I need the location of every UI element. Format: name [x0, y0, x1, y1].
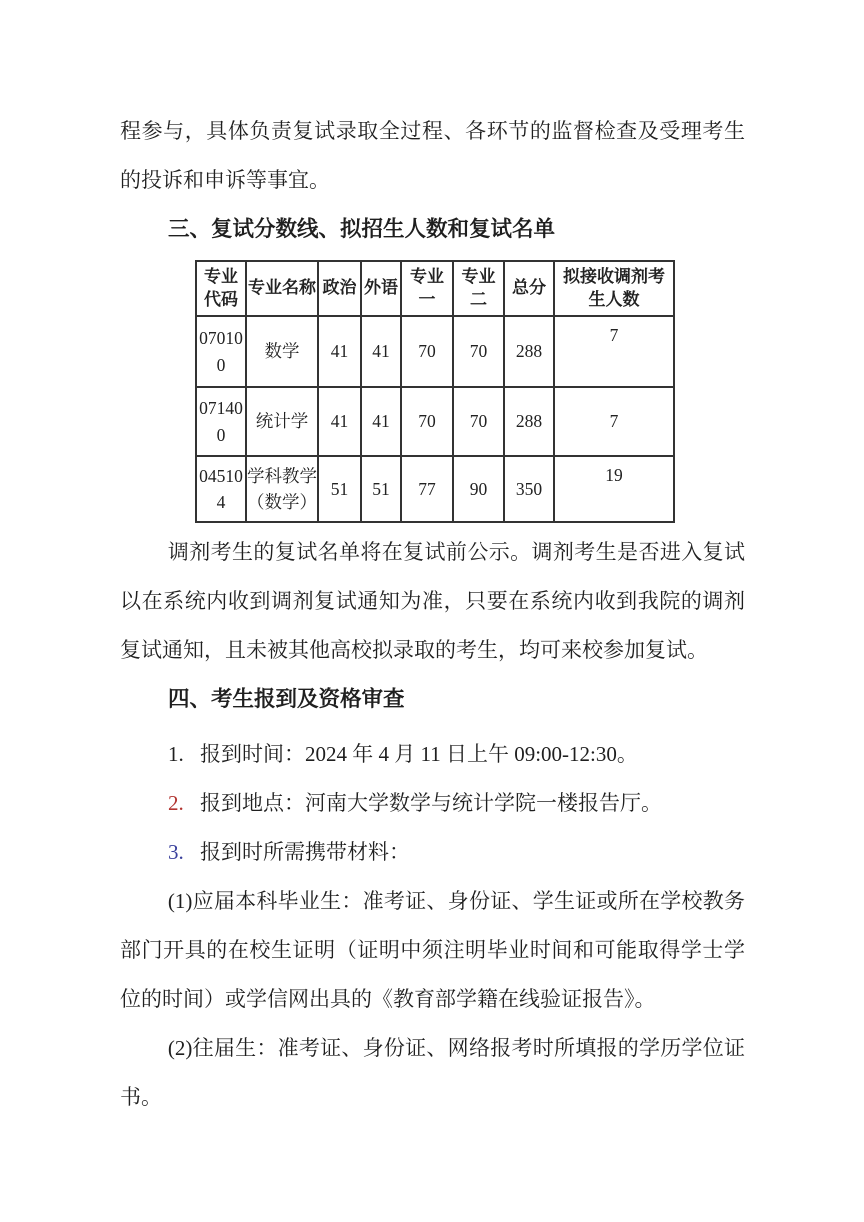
- table-row: 045104学科教学（数学）5151779035019: [196, 456, 674, 522]
- table-cell-code: 071400: [196, 387, 246, 456]
- column-header: 专业名称: [246, 261, 318, 316]
- sub-item-text: 应届本科毕业生：准考证、身份证、学生证或所在学校教务部门开具的在校生证明（证明中…: [120, 889, 745, 1011]
- table-cell-politics: 41: [318, 387, 361, 456]
- list-item-text: 报到时间：2024 年 4 月 11 日上午 09:00-12:30。: [200, 742, 638, 766]
- table-cell-major: 数学: [246, 316, 318, 387]
- list-item-checkin-place: 2.报到地点：河南大学数学与统计学院一楼报告厅。: [120, 779, 745, 828]
- list-number: 3.: [168, 828, 188, 877]
- document-page: 程参与，具体负责复试录取全过程、各环节的监督检查及受理考生的投诉和申诉等事宜。 …: [0, 0, 864, 1222]
- column-header: 外语: [361, 261, 401, 316]
- sub-item-text: 往届生：准考证、身份证、网络报考时所填报的学历学位证书。: [120, 1036, 745, 1109]
- table-header-row: 专业代码专业名称政治外语专业一专业二总分拟接收调剂考生人数: [196, 261, 674, 316]
- table-cell-subject1: 70: [401, 316, 453, 387]
- table-cell-subject1: 77: [401, 456, 453, 522]
- sub-item-label: (1): [168, 889, 193, 913]
- table-cell-total: 350: [504, 456, 554, 522]
- list-number: 1.: [168, 730, 188, 779]
- transfer-paragraph: 调剂考生的复试名单将在复试前公示。调剂考生是否进入复试以在系统内收到调剂复试通知…: [120, 528, 745, 675]
- table-row: 070100数学414170702887: [196, 316, 674, 387]
- score-table: 专业代码专业名称政治外语专业一专业二总分拟接收调剂考生人数 070100数学41…: [195, 260, 675, 523]
- section3-heading: 三、复试分数线、拟招生人数和复试名单: [120, 205, 745, 254]
- table-cell-major: 统计学: [246, 387, 318, 456]
- column-header: 政治: [318, 261, 361, 316]
- table-cell-code: 070100: [196, 316, 246, 387]
- table-row: 071400统计学414170702887: [196, 387, 674, 456]
- table-cell-foreign_language: 41: [361, 316, 401, 387]
- list-item-text: 报到时所需携带材料：: [200, 840, 410, 864]
- list-item-text: 报到地点：河南大学数学与统计学院一楼报告厅。: [200, 791, 662, 815]
- checkin-list: 1.报到时间：2024 年 4 月 11 日上午 09:00-12:30。 2.…: [120, 730, 745, 877]
- table-cell-subject1: 70: [401, 387, 453, 456]
- table-cell-total: 288: [504, 316, 554, 387]
- column-header: 专业二: [453, 261, 504, 316]
- sub-item-previous-graduates: (2)往届生：准考证、身份证、网络报考时所填报的学历学位证书。: [120, 1024, 745, 1122]
- table-cell-major: 学科教学（数学）: [246, 456, 318, 522]
- list-item-checkin-time: 1.报到时间：2024 年 4 月 11 日上午 09:00-12:30。: [120, 730, 745, 779]
- column-header: 总分: [504, 261, 554, 316]
- table-cell-foreign_language: 41: [361, 387, 401, 456]
- column-header: 专业一: [401, 261, 453, 316]
- table-cell-politics: 41: [318, 316, 361, 387]
- intro-paragraph: 程参与，具体负责复试录取全过程、各环节的监督检查及受理考生的投诉和申诉等事宜。: [120, 107, 745, 205]
- table-cell-transfer_quota: 7: [554, 316, 674, 387]
- table-cell-transfer_quota: 7: [554, 387, 674, 456]
- table-cell-total: 288: [504, 387, 554, 456]
- list-item-materials: 3.报到时所需携带材料：: [120, 828, 745, 877]
- table-cell-subject2: 70: [453, 387, 504, 456]
- column-header: 拟接收调剂考生人数: [554, 261, 674, 316]
- list-number: 2.: [168, 779, 188, 828]
- table-cell-politics: 51: [318, 456, 361, 522]
- table-cell-transfer_quota: 19: [554, 456, 674, 522]
- table-cell-foreign_language: 51: [361, 456, 401, 522]
- sub-item-current-graduates: (1)应届本科毕业生：准考证、身份证、学生证或所在学校教务部门开具的在校生证明（…: [120, 877, 745, 1024]
- table-cell-code: 045104: [196, 456, 246, 522]
- column-header: 专业代码: [196, 261, 246, 316]
- section4-heading: 四、考生报到及资格审查: [120, 675, 745, 724]
- sub-item-label: (2): [168, 1036, 193, 1060]
- table-cell-subject2: 90: [453, 456, 504, 522]
- table-body: 070100数学414170702887071400统计学41417070288…: [196, 316, 674, 522]
- table-cell-subject2: 70: [453, 316, 504, 387]
